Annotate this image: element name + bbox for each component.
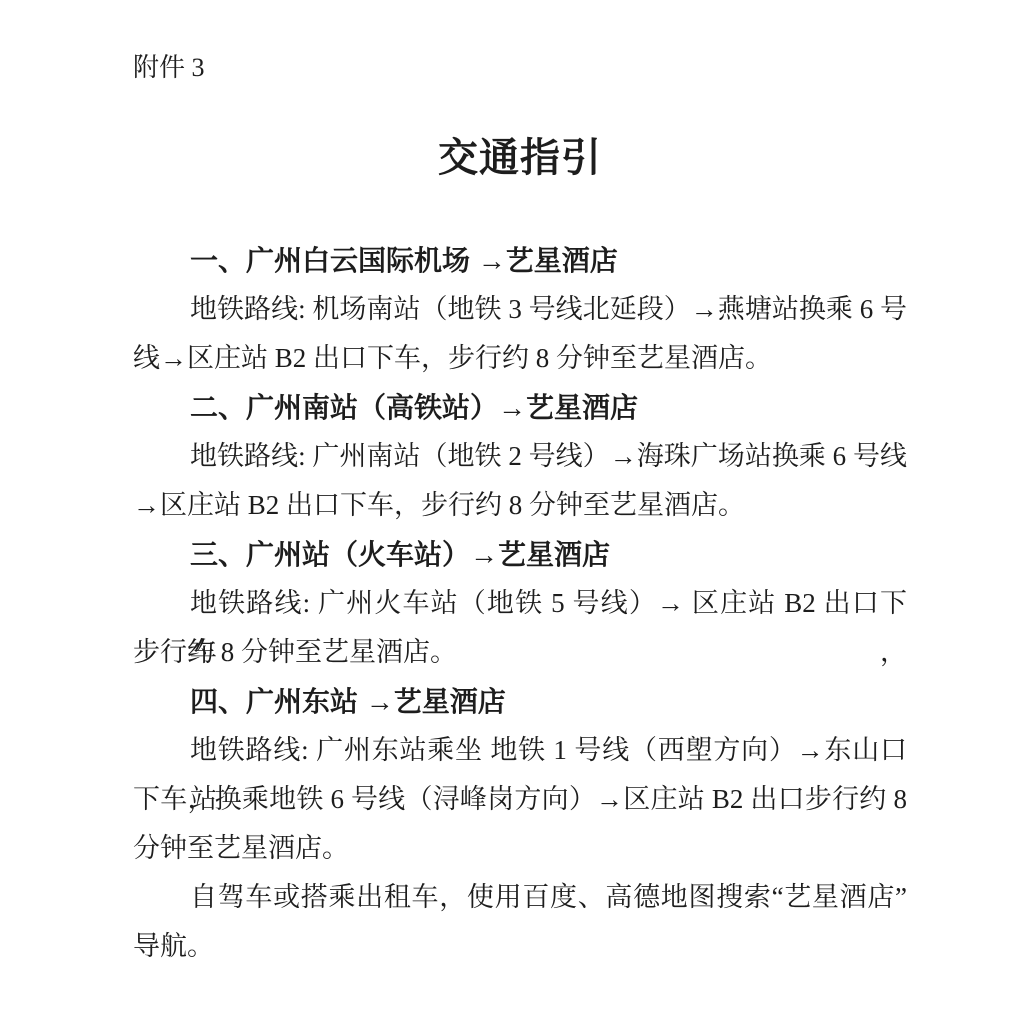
section-1-line-1: 地铁路线: 机场南站（地铁 3 号线北延段）→燕塘站换乘 6 号	[133, 285, 907, 334]
section-4-line-1: 地铁路线: 广州东站乘坐 地铁 1 号线（西塱方向）→东山口站	[133, 726, 907, 775]
section-2-line-2: →区庄站 B2 出口下车，步行约 8 分钟至艺星酒店。	[133, 481, 907, 530]
document-title: 交通指引	[133, 132, 907, 184]
section-2-line-1: 地铁路线: 广州南站（地铁 2 号线）→海珠广场站换乘 6 号线	[133, 432, 907, 481]
section-4-line-3: 分钟至艺星酒店。	[133, 824, 907, 873]
section-1-line-2: 线→区庄站 B2 出口下车，步行约 8 分钟至艺星酒店。	[133, 334, 907, 383]
closing-line-1: 自驾车或搭乘出租车，使用百度、高德地图搜索“艺星酒店”	[133, 873, 907, 922]
section-4-line-2: 下车，换乘地铁 6 号线（浔峰岗方向）→区庄站 B2 出口步行约 8	[133, 775, 907, 824]
closing-line-2: 导航。	[133, 922, 907, 971]
section-1-heading: 一、广州白云国际机场 →艺星酒店	[133, 236, 907, 285]
document-page: 附件 3 交通指引 一、广州白云国际机场 →艺星酒店 地铁路线: 机场南站（地铁…	[0, 0, 1024, 1019]
section-2-heading: 二、广州南站（高铁站）→艺星酒店	[133, 383, 907, 432]
section-3-line-1: 地铁路线: 广州火车站（地铁 5 号线）→ 区庄站 B2 出口下车，	[133, 579, 907, 628]
section-4-heading: 四、广州东站 →艺星酒店	[133, 677, 907, 726]
document-body: 一、广州白云国际机场 →艺星酒店 地铁路线: 机场南站（地铁 3 号线北延段）→…	[133, 236, 907, 971]
attachment-label: 附件 3	[133, 51, 205, 85]
section-3-heading: 三、广州站（火车站）→艺星酒店	[133, 530, 907, 579]
